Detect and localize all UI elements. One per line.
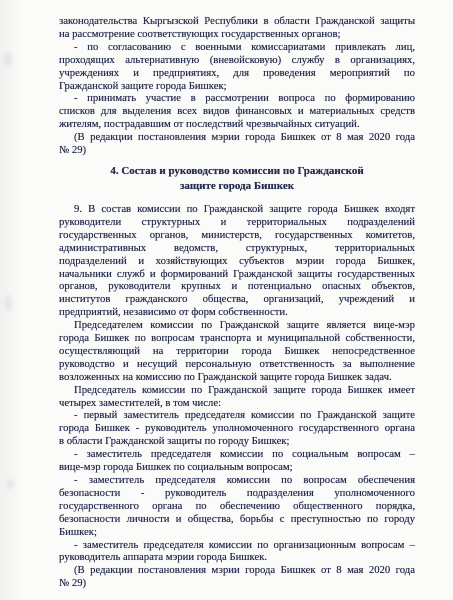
scan-smudge <box>7 478 14 490</box>
text-line: безопасности личности и общества, борьбы… <box>59 513 415 526</box>
text-line: институтов гражданского общества, органи… <box>59 293 415 306</box>
text-line: административных ведомств, структурных, … <box>59 242 415 255</box>
document-text-block: законодательства Кыргызской Республики в… <box>59 15 415 590</box>
text-line: жителям, пострадавшим от последствий чре… <box>59 118 415 131</box>
text-line: - заместитель председателя комиссии по о… <box>59 539 415 552</box>
text-line: - заместитель председателя комиссии по в… <box>59 474 415 487</box>
text-line: - по согласованию с военными комиссариат… <box>59 41 415 54</box>
edit-note-1: (В редакции постановления мэрии города Б… <box>59 131 415 157</box>
text-line: списков для выделения всех видов финансо… <box>59 105 415 118</box>
edit-note-2: (В редакции постановления мэрии города Б… <box>59 564 415 590</box>
text-line: законодательства Кыргызской Республики в… <box>59 15 415 28</box>
text-line: 9. В состав комиссии по Гражданской защи… <box>59 203 415 216</box>
bullet-security-deputy: - заместитель председателя комиссии по в… <box>59 474 415 539</box>
text-line: (В редакции постановления мэрии города Б… <box>59 564 415 577</box>
text-line: Председатель комиссии по Гражданской защ… <box>59 384 415 397</box>
bullet-organizational-deputy: - заместитель председателя комиссии по о… <box>59 539 415 565</box>
text-line: осуществляющий на территории города Бишк… <box>59 345 415 358</box>
bullet-first-deputy: - первый заместитель председателя комисс… <box>59 409 415 448</box>
text-line: № 29) <box>59 144 415 157</box>
text-line: № 29) <box>59 577 415 590</box>
text-line: в области Гражданской защиты по городу Б… <box>59 435 415 448</box>
text-line: подразделений и хозяйствующих субъектов … <box>59 255 415 268</box>
scan-smudge <box>5 295 12 311</box>
text-line: города Бишкек по вопросам транспорта и м… <box>59 332 415 345</box>
text-line: государственных органов, министерств, го… <box>59 229 415 242</box>
bullet-military-commissariats: - по согласованию с военными комиссариат… <box>59 41 415 93</box>
text-line: города Бишкек - руководитель уполномочен… <box>59 422 415 435</box>
text-line: предприятий, независимо от форм собствен… <box>59 306 415 319</box>
text-line: защите города Бишкек <box>59 179 415 195</box>
text-line: проходящих альтернативную (вневойсковую)… <box>59 54 415 67</box>
paragraph-chairman: Председателем комиссии по Гражданской за… <box>59 319 415 384</box>
section-4-heading: 4. Состав и руководство комиссии по Граж… <box>59 164 415 195</box>
text-line: Председателем комиссии по Гражданской за… <box>59 319 415 332</box>
text-line: возложенных на комиссию по Гражданской з… <box>59 371 415 384</box>
bullet-social-deputy: - заместитель председателя комиссии по с… <box>59 448 415 474</box>
paragraph-four-deputies: Председатель комиссии по Гражданской защ… <box>59 384 415 410</box>
text-line: Бишкек; <box>59 526 415 539</box>
text-line: органов, руководители крупных и потенциа… <box>59 280 415 293</box>
text-line: руководство и несущий персональную ответ… <box>59 358 415 371</box>
text-line: руководитель аппарата мэрии города Бишке… <box>59 551 415 564</box>
text-line: учреждениях и предприятиях, для проведен… <box>59 67 415 80</box>
text-line: вице-мэр города Бишкек по социальным воп… <box>59 461 415 474</box>
document-page: законодательства Кыргызской Республики в… <box>0 0 453 600</box>
text-line: (В редакции постановления мэрии города Б… <box>59 131 415 144</box>
paragraph-continuation: законодательства Кыргызской Республики в… <box>59 15 415 41</box>
bullet-participate-lists: - принимать участие в рассмотрении вопро… <box>59 92 415 131</box>
text-line: четырех заместителей, в том числе: <box>59 397 415 410</box>
text-line: начальники служб и формирований Гражданс… <box>59 268 415 281</box>
text-line: - заместитель председателя комиссии по с… <box>59 448 415 461</box>
text-line: Гражданской защите города Бишкек; <box>59 80 415 93</box>
text-line: - первый заместитель председателя комисс… <box>59 409 415 422</box>
text-line: государственного органа по обеспечению о… <box>59 500 415 513</box>
text-line: руководители структурных и территориальн… <box>59 216 415 229</box>
text-line: безопасности - руководитель подразделени… <box>59 487 415 500</box>
text-line: - принимать участие в рассмотрении вопро… <box>59 92 415 105</box>
scan-smudge <box>4 52 12 66</box>
paragraph-9-composition: 9. В состав комиссии по Гражданской защи… <box>59 203 415 319</box>
text-line: 4. Состав и руководство комиссии по Граж… <box>59 164 415 180</box>
text-line: на рассмотрение соответствующих государс… <box>59 28 415 41</box>
